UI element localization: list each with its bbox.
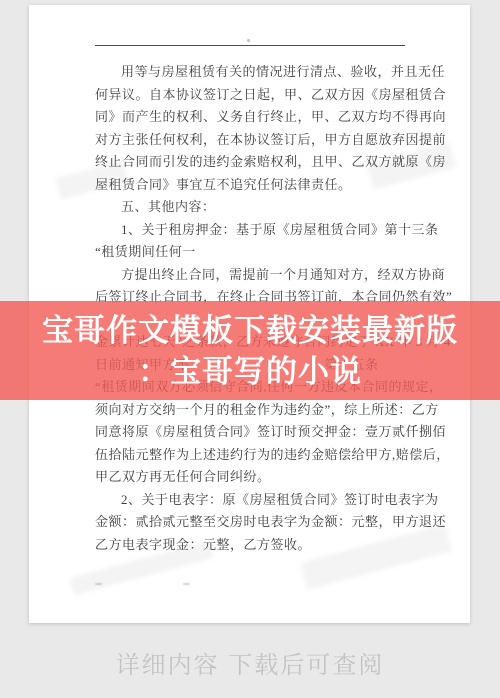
download-hint-caption: 详细内容 下载后可查阅 <box>0 648 500 684</box>
doc-line: 五、其他内容： <box>95 196 409 219</box>
divider-dot <box>247 39 250 42</box>
promo-banner-subtitle: ：宝哥写的小说 <box>138 351 362 392</box>
doc-line: 甲乙双方再无任何合同纠纷。 <box>95 466 409 489</box>
doc-line: 对方主张任何权利，在本协议签订后，甲方自愿放弃因提前 <box>95 129 409 152</box>
promo-banner-title: 宝哥作文模板下载安装最新版 <box>42 310 458 351</box>
page-divider <box>95 45 405 46</box>
doc-line: 1、关于租房押金：基于原《房屋租赁合同》第十三条 <box>95 219 409 242</box>
doc-line: 2、关于电表字：原《房屋租赁合同》签订时电表字为 <box>95 489 409 512</box>
doc-line: “租赁期间任何一 <box>95 241 409 264</box>
doc-line: 屋租赁合同》事宜互不追究任何法律责任。 <box>95 174 409 197</box>
doc-line: 用等与房屋租赁有关的情况进行清点、验收，并且无任 <box>95 61 409 84</box>
ink-speck <box>183 583 190 585</box>
doc-line: 方提出终止合同，需提前一个月通知对方，经双方协商 <box>95 264 409 287</box>
doc-line: 金额：贰拾贰元整至交房时电表字为金额：元整，甲方退还 <box>95 511 409 534</box>
doc-line: 须向对方交纳一个月的租金作为违约金”，综上所述：乙方 <box>95 399 409 422</box>
doc-line: 同》而产生的权利、义务自行终止，甲、乙双方均不得再向 <box>95 106 409 129</box>
doc-line: 何异议。自本协议签订之日起，甲、乙双方因《房屋租赁合 <box>95 84 409 107</box>
doc-line: 伍拾陆元整作为上述违约行为的违约金赔偿给甲方,赔偿后， <box>95 444 409 467</box>
doc-line: 终止合同而引发的违约金索赔权利，且甲、乙双方就原《房 <box>95 151 409 174</box>
doc-line: 同意将原《房屋租赁合同》签订时预交押金：壹万贰仟捌佰 <box>95 421 409 444</box>
promo-overlay-banner[interactable]: 宝哥作文模板下载安装最新版 ：宝哥写的小说 <box>0 301 500 400</box>
